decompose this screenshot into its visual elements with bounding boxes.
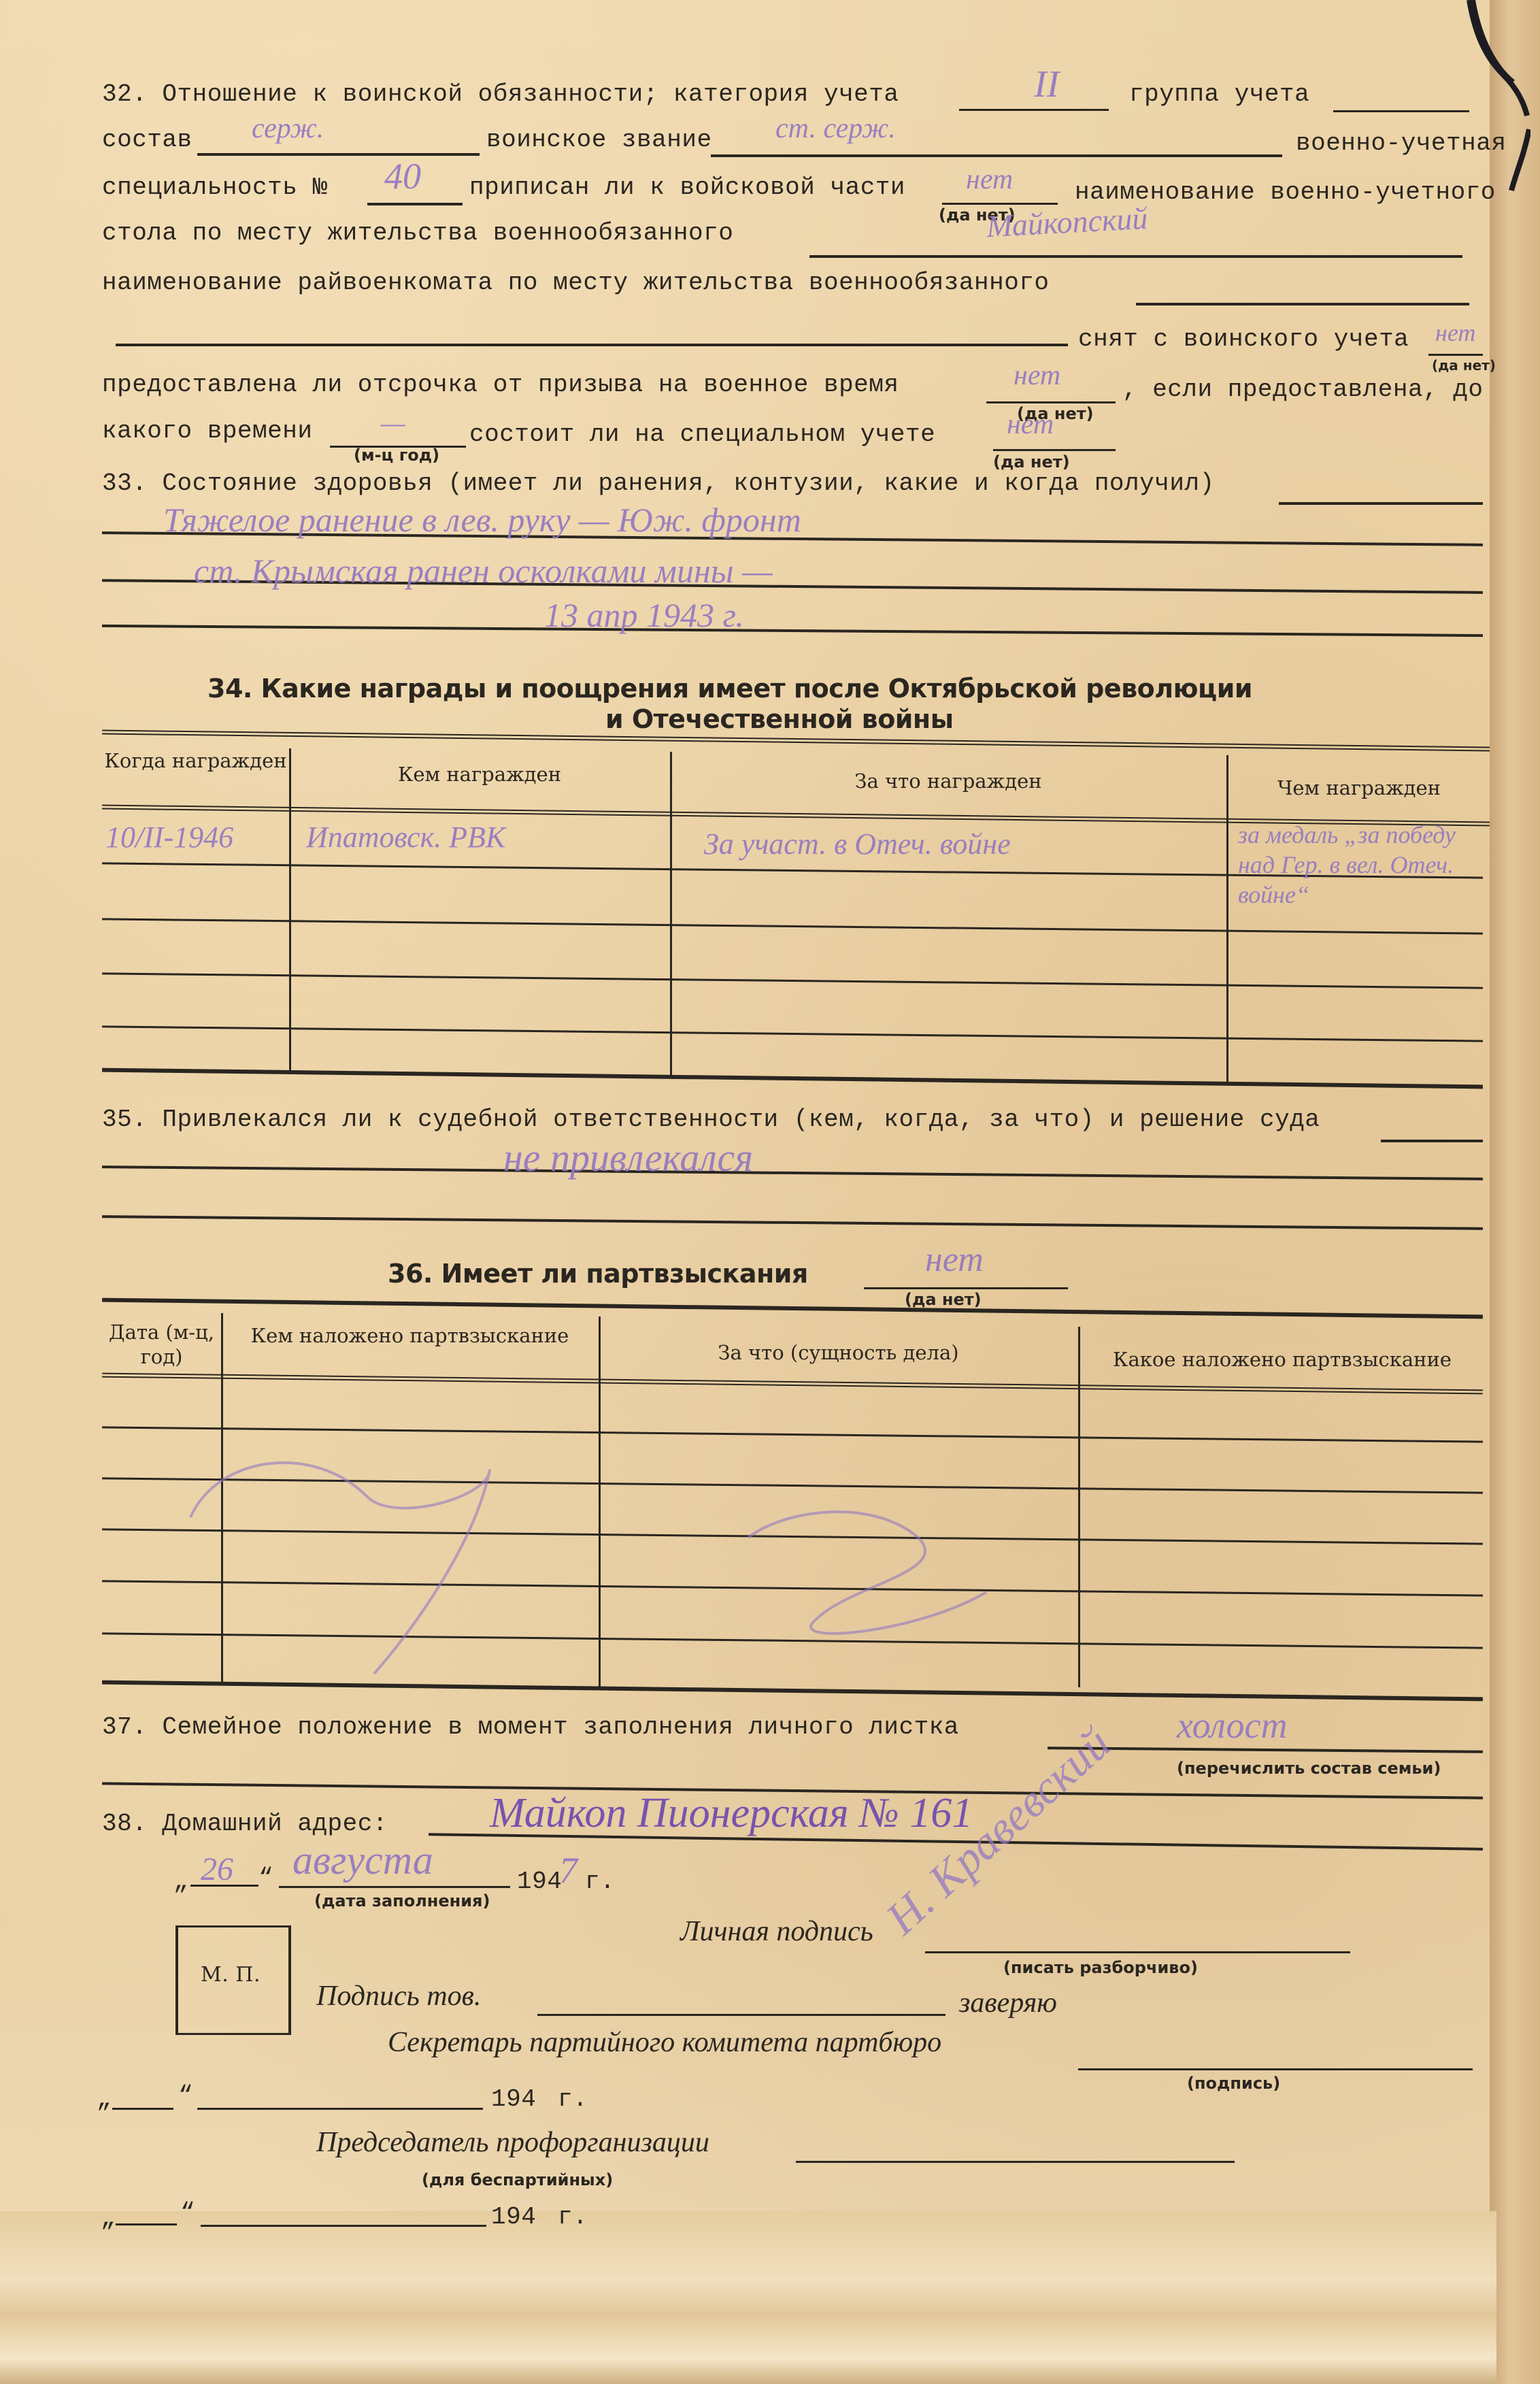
composition-value[interactable]: серж. (252, 112, 324, 145)
field-label-group: группа учета (1129, 80, 1309, 108)
chair-date-suffix: г. (558, 2203, 588, 2231)
secretary-date-close-quote: “ (178, 2082, 193, 2110)
awards-col-award: Чем награжден (1226, 776, 1492, 800)
personal-signature-label: Личная подпись (680, 1915, 873, 1948)
district-underline-2[interactable] (116, 344, 1068, 346)
removed-value[interactable]: нет (1435, 318, 1475, 347)
secretary-label: Секретарь партийного комитета партбюро (388, 2026, 941, 2059)
field-label-court: 35. Привлекался ли к судебной ответствен… (102, 1106, 1320, 1133)
special-hint: (да нет) (993, 452, 1070, 471)
field-label-military-category: 32. Отношение к воинской обязанности; ка… (102, 80, 899, 108)
secretary-signature-line[interactable] (1078, 2068, 1473, 2070)
field-label-address: 38. Домашний адрес: (102, 1810, 388, 1838)
comrade-signature-label: Подпись тов. (316, 1980, 481, 2013)
party-penalty-title: 36. Имеет ли партвзыскания (388, 1259, 808, 1289)
deferral-underline (986, 401, 1116, 403)
field-label-removed: снят с воинского учета (1078, 325, 1409, 353)
health-underline-0 (1279, 502, 1483, 505)
health-line-1[interactable]: Тяжелое ранение в лев. руку — Юж. фронт (163, 500, 801, 540)
personal-signature-hint: (писать разборчиво) (1003, 1958, 1198, 1977)
specialty-underline (367, 203, 463, 205)
field-label-composition: состав (102, 126, 192, 154)
removed-underline (1428, 354, 1483, 356)
date-year-prefix: 194 (517, 1868, 562, 1895)
awards-col-by-whom: Кем награжден (289, 762, 670, 787)
date-open-quote: „ (173, 1868, 188, 1895)
until-value[interactable]: — (381, 407, 405, 439)
address-value[interactable]: Майкоп Пионерская № 161 (490, 1789, 973, 1838)
chair-hint: (для беспартийных) (422, 2170, 613, 2189)
awards-col-when: Когда награжден (102, 748, 289, 773)
torn-page-edge (0, 2211, 1496, 2384)
secretary-date-day-line[interactable] (112, 2108, 173, 2110)
penalty-col-by-whom: Кем наложено партвзыскание (221, 1323, 599, 1348)
office-underline (809, 255, 1462, 258)
special-value[interactable]: нет (1007, 408, 1054, 441)
field-label-family: 37. Семейное положение в момент заполнен… (102, 1713, 959, 1741)
category-value[interactable]: II (1034, 63, 1059, 106)
date-month[interactable]: августа (292, 1837, 433, 1884)
removed-hint: (да нет) (1432, 357, 1496, 374)
chair-signature-line[interactable] (796, 2161, 1235, 2163)
court-value[interactable]: не привлекался (503, 1135, 753, 1180)
awards-col-divider-3 (1226, 755, 1228, 1082)
deferral-value[interactable]: нет (1014, 359, 1060, 392)
personal-signature-line (925, 1951, 1350, 1953)
date-suffix: г. (585, 1868, 615, 1895)
strike-through-scribble-icon (136, 1415, 1156, 1687)
penalty-col-reason: За что (сущность дела) (599, 1340, 1078, 1365)
awards-title-line2: и Отечественной войны (605, 704, 954, 734)
awards-col-for-what: За что награжден (670, 769, 1226, 793)
secretary-date-year: 194 (491, 2085, 536, 2113)
chair-date-year: 194 (491, 2203, 536, 2231)
health-line-3[interactable]: 13 апр 1943 г. (544, 595, 744, 635)
chair-label: Председатель профорганизации (316, 2126, 709, 2159)
date-day[interactable]: 26 (201, 1851, 233, 1888)
chair-date-month-line[interactable] (201, 2225, 486, 2227)
party-penalty-hint: (да нет) (905, 1290, 982, 1309)
rank-value[interactable]: ст. серж. (775, 112, 896, 145)
assigned-underline (942, 203, 1058, 205)
district-underline[interactable] (1136, 303, 1469, 305)
awards-title-line1: 34. Какие награды и поощрения имеет посл… (207, 674, 1252, 703)
penalty-col-date: Дата (м-ц, год) (102, 1320, 221, 1369)
court-underline-0 (1381, 1140, 1483, 1142)
field-label-assigned: приписан ли к войсковой части (469, 173, 905, 201)
field-label-health: 33. Состояние здоровья (имеет ли ранения… (102, 469, 1215, 497)
category-underline (959, 109, 1109, 111)
field-label-until: какого времени (102, 417, 312, 445)
field-label-special: состоит ли на специальном учете (469, 420, 935, 448)
field-label-specialty-a: военно-учетная (1296, 129, 1506, 157)
field-label-rank: воинское звание (486, 126, 712, 154)
awards-col-divider-2 (670, 752, 672, 1075)
family-value[interactable]: холост (1177, 1704, 1287, 1746)
secretary-date-month-line[interactable] (197, 2108, 483, 2110)
chair-date-close-quote: “ (180, 2199, 195, 2227)
field-label-office-b: стола по месту жительства военнообязанно… (102, 219, 733, 247)
award-by-whom[interactable]: Ипатовск. РВК (306, 820, 505, 855)
penalty-col-type: Какое наложено партвзыскание (1078, 1347, 1486, 1372)
health-line-2[interactable]: ст. Крымская ранен осколками мины — (194, 551, 773, 591)
stamp-label: М. П. (201, 1963, 261, 1987)
date-year-digit[interactable]: 7 (559, 1849, 577, 1891)
date-month-underline (279, 1886, 510, 1888)
special-underline (993, 449, 1116, 451)
file-binding-edge (1490, 0, 1540, 2384)
chair-date-day-line[interactable] (116, 2223, 177, 2225)
date-close-quote: “ (258, 1864, 273, 1892)
award-for-what[interactable]: За участ. в Отеч. войне (704, 827, 1011, 861)
group-underline[interactable] (1333, 110, 1469, 112)
award-type[interactable]: за медаль „за победу над Гер. в вел. Оте… (1238, 820, 1490, 910)
chair-date-open-quote: „ (101, 2204, 116, 2232)
secretary-date-open-quote: „ (97, 2085, 112, 2113)
comrade-signature-line[interactable] (537, 2014, 945, 2016)
until-hint: (м-ц год) (354, 446, 439, 465)
field-label-deferral: предоставлена ли отсрочка от призыва на … (102, 371, 899, 399)
field-label-specialty-b: специальность № (102, 173, 328, 201)
secretary-date-suffix: г. (558, 2085, 588, 2113)
rank-underline (711, 154, 1282, 157)
family-hint: (перечислить состав семьи) (1177, 1759, 1441, 1778)
field-label-district: наименование райвоенкомата по месту жите… (102, 269, 1050, 297)
certify-label: заверяю (959, 1987, 1057, 2019)
field-label-deferral-if: , если предоставлена, до (1122, 376, 1483, 403)
secretary-hint: (подпись) (1187, 2074, 1280, 2093)
party-penalty-underline (864, 1287, 1068, 1289)
party-penalty-value[interactable]: нет (925, 1240, 984, 1280)
assigned-value[interactable]: нет (966, 163, 1013, 196)
specialty-value[interactable]: 40 (384, 155, 421, 197)
awards-col-divider-1 (289, 748, 291, 1072)
composition-underline (197, 153, 480, 156)
date-hint: (дата заполнения) (314, 1891, 490, 1910)
award-when[interactable]: 10/II-1946 (105, 820, 233, 855)
